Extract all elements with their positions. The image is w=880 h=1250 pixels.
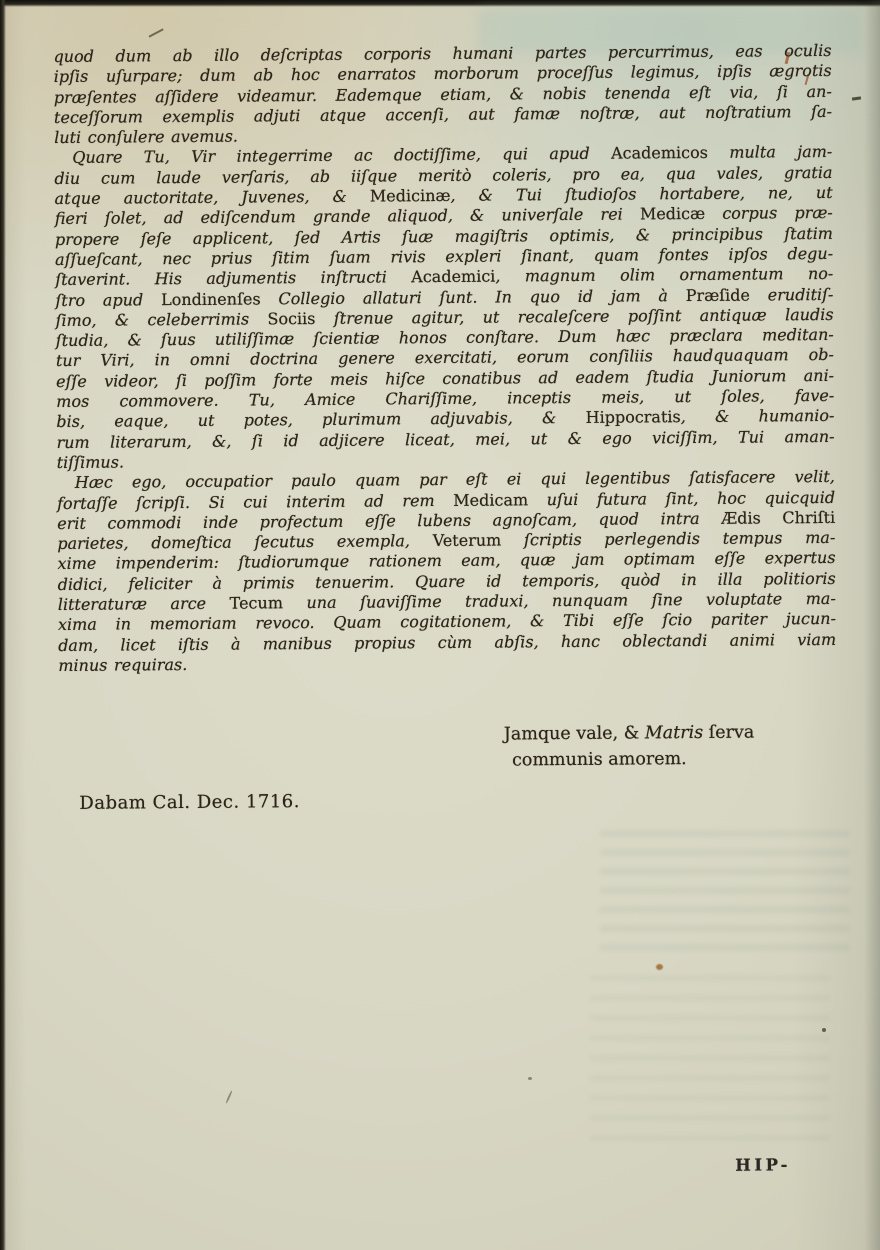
italic-text-segment: eruditiſ-: [750, 284, 834, 304]
roman-text-segment: Academicos: [611, 143, 708, 163]
italic-text-segment: ſimo, & celeberrimis: [56, 309, 268, 330]
roman-text-segment: Præſide: [686, 285, 750, 305]
dateline: Dabam Cal. Dec. 1716.: [79, 791, 300, 814]
italic-text-segment: , & humanio-: [681, 406, 835, 426]
roman-text-segment: Medicam: [453, 490, 528, 510]
printed-content: quod dum ab illo deſcriptas corporis hum…: [0, 0, 880, 1250]
italic-text-segment: minus requiras.: [58, 655, 187, 675]
roman-text-segment: Londinenſes: [161, 289, 261, 309]
roman-text-segment: communis amorem.: [512, 749, 687, 770]
italic-text-segment: parietes, domeſtica ſecutus exempla,: [57, 531, 432, 553]
italic-text-segment: ſtrenue agitur, ut recaleſcere poſſint a…: [315, 305, 833, 328]
paragraph: Quare Tu, Vir integerrime ac doctiſſime,…: [54, 142, 835, 473]
valediction-line: communis amorem.: [504, 745, 804, 773]
roman-text-segment: Ædis Chriſti: [721, 508, 835, 528]
roman-text-segment: Jamque vale, &: [504, 723, 645, 744]
italic-text-segment: ſcriptis perlegendis tempus ma-: [501, 528, 835, 550]
valediction-line: Jamque vale, & Matris ſerva: [504, 719, 804, 747]
paragraph: quod dum ab illo deſcriptas corporis hum…: [53, 41, 832, 149]
roman-text-segment: Sociis: [267, 309, 315, 328]
roman-text-segment: Medicæ: [640, 204, 705, 224]
italic-text-segment: , & Tui ſtudioſos hortabere, ne, ut: [450, 183, 832, 205]
body-paragraphs: quod dum ab illo deſcriptas corporis hum…: [53, 41, 836, 676]
roman-text-segment: Academici: [411, 267, 495, 287]
italic-text-segment: ſtro apud: [55, 290, 161, 310]
roman-text-segment: Medicinæ: [370, 186, 451, 206]
italic-text-segment: uſui futura ſint, hoc quicquid: [528, 487, 835, 508]
valediction-block: Jamque vale, & Matris ſervacommunis amor…: [504, 719, 804, 773]
roman-text-segment: Veterum: [433, 531, 502, 551]
italic-text-segment: Collegio allaturi ſunt. In quo id jam à: [261, 286, 686, 308]
italic-text-segment: bis, eaque, ut potes, plurimum adjuvabis…: [56, 408, 585, 431]
italic-text-segment: una ſuaviſſime traduxi, nunquam ſine vol…: [283, 589, 836, 612]
italic-text-segment: litteraturæ arce: [58, 594, 230, 614]
italic-text-segment: tiſſimus.: [57, 452, 124, 472]
italic-text-segment: fortaſſe ſcripſi. Si cui interim ad rem: [57, 490, 453, 512]
catchword: HIP-: [735, 1155, 791, 1174]
roman-text-segment: ſerva: [703, 723, 754, 743]
italic-text-segment: ſtaverint. His adjumentis inſtructi: [55, 267, 411, 289]
italic-text-segment: atque auctoritate, Juvenes, &: [55, 187, 370, 208]
italic-text-segment: multa jam-: [708, 142, 833, 162]
paragraph: Hæc ego, occupatior paulo quam par eſt e…: [57, 467, 837, 676]
italic-text-segment: Quare Tu, Vir integerrime ac doctiſſime,…: [72, 144, 611, 167]
scanned-book-page: quod dum ab illo deſcriptas corporis hum…: [0, 0, 880, 1250]
italic-text-segment: Matris: [645, 723, 703, 743]
italic-text-segment: luti conſulere avemus.: [54, 127, 238, 147]
roman-text-segment: Tecum: [230, 593, 283, 612]
italic-text-segment: , magnum olim ornamentum no-: [495, 264, 833, 286]
italic-text-segment: corpus præ-: [705, 203, 833, 223]
roman-text-segment: Hippocratis: [586, 407, 681, 427]
